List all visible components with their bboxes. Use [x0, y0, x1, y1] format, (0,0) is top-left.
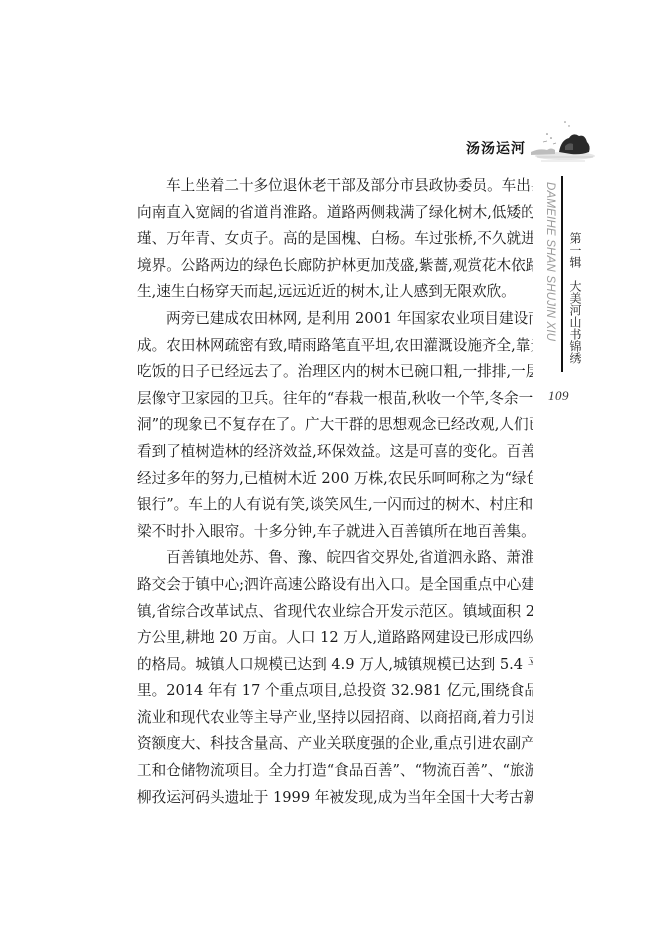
section-number: 第一辑 — [568, 232, 582, 268]
text-line: 镇,省综合改革试点、省现代农业综合开发示范区。镇域面积 260 平 — [137, 602, 533, 629]
text-line: 洞”的现象已不复存在了。广大干群的思想观念已经改观,人们已 — [137, 415, 533, 442]
text-line: 层像守卫家园的卫兵。往年的“春栽一根苗,秋收一个竿,冬余一个 — [137, 389, 533, 416]
text-line: 境界。公路两边的绿色长廊防护林更加茂盛,紫薔,观赏花木依路而 — [137, 256, 533, 283]
text-line: 车上坐着二十多位退休老干部及部分市县政协委员。车出县城 — [137, 176, 533, 203]
section-title: 大美河山书锦绣 — [568, 280, 582, 364]
side-section-label: 第一辑大美河山书锦绣 — [567, 232, 583, 364]
text-line: 经过多年的努力,已植树木近 200 万株,农民乐呵呵称之为“绿色 — [137, 469, 533, 496]
text-line: 生,速生白杨穿天而起,远远近近的树木,让人感到无限欢欣。 — [137, 282, 533, 309]
text-line: 的格局。城镇人口规模已达到 4.9 万人,城镇规模已达到 5.4 平方公 — [137, 655, 533, 682]
ink-landscape-icon — [525, 112, 597, 170]
text-line: 梁不时扑入眼帘。十多分钟,车子就进入百善镇所在地百善集。 — [137, 522, 533, 549]
text-line: 吃饭的日子已经远去了。治理区内的树木已碗口粗,一排排,一层 — [137, 362, 533, 389]
text-line: 柳孜运河码头遗址于 1999 年被发现,成为当年全国十大考古新发现 — [137, 788, 533, 815]
text-line: 路交会于镇中心;泗许高速公路设有出入口。是全国重点中心建制 — [137, 575, 533, 602]
text-line: 银行”。车上的人有说有笑,谈笑风生,一闪而过的树木、村庄和桥 — [137, 495, 533, 522]
text-line: 工和仓储物流项目。全力打造“食品百善”、“物流百善”、“旅游百善”。 — [137, 761, 533, 788]
side-vertical-rule — [561, 176, 563, 372]
text-line: 流业和现代农业等主导产业,坚持以园招商、以商招商,着力引进投 — [137, 708, 533, 735]
text-line: 成。农田林网疏密有致,晴雨路笔直平坦,农田灌溉设施齐全,靠天 — [137, 336, 533, 363]
text-line: 两旁已建成农田林网, 是利用 2001 年国家农业项目建设而 — [137, 309, 533, 336]
text-line: 百善镇地处苏、鲁、豫、皖四省交界处,省道泗永路、萧淮路、淮六 — [137, 548, 533, 575]
page-number: 109 — [548, 388, 569, 404]
text-line: 看到了植树造林的经济效益,环保效益。这是可喜的变化。百善镇 — [137, 442, 533, 469]
text-line: 方公里,耕地 20 万亩。人口 12 万人,道路路网建设已形成四纵四横 — [137, 628, 533, 655]
text-line: 资额度大、科技含量高、产业关联度强的企业,重点引进农副产品加 — [137, 734, 533, 761]
side-latin-title: DAMEIHE SHAN SHUJIN XIU — [538, 182, 556, 372]
text-line: 里。2014 年有 17 个重点项目,总投资 32.981 亿元,围绕食品加工、… — [137, 681, 533, 708]
body-text: 车上坐着二十多位退休老干部及部分市县政协委员。车出县城向南直入宽阔的省道肖淮路。… — [137, 176, 533, 814]
text-line: 向南直入宽阔的省道肖淮路。道路两侧栽满了绿化树木,低矮的有木 — [137, 203, 533, 230]
running-header-title: 汤汤运河 — [466, 138, 526, 158]
text-line: 瑾、万年青、女贞子。高的是国槐、白杨。车过张桥,不久就进入百善镇 — [137, 229, 533, 256]
